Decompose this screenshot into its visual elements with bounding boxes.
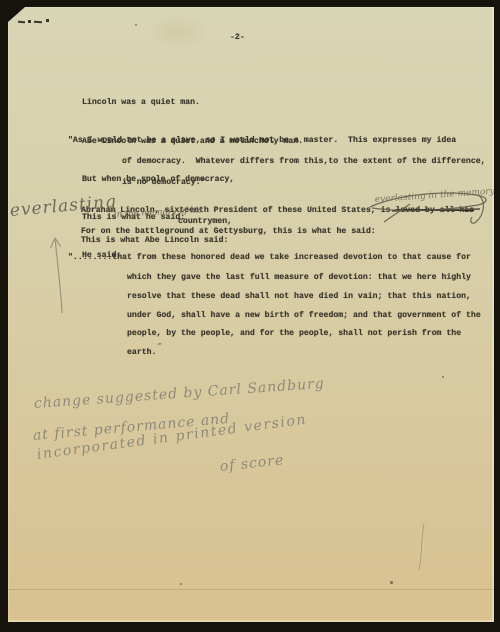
paper-crease [8,589,494,590]
typed-line: people, by the people, and for the peopl… [127,329,461,339]
typed-line: is no democracy." [122,178,206,188]
typed-line: which they gave the last full measure of… [127,273,471,283]
staple-marks [34,21,42,23]
typed-line: earth. [127,348,156,358]
typed-line: Lincoln was a quiet man. [82,97,303,110]
paper-sheet: -2- Lincoln was a quiet man. Abe Lincoln… [8,7,494,622]
staple-marks [18,21,25,24]
faint-pencil-mark [416,522,428,572]
paper-speck [442,376,444,378]
page-number: -2- [230,33,245,43]
scribble-crossout-annotation: everlasting in the memory [358,182,494,230]
typed-line: of democracy. Whatever differs from this… [122,157,486,167]
staple-marks [46,19,49,22]
paper-speck [180,583,182,585]
paper-speck [135,24,137,26]
scanned-manuscript-page: -2- Lincoln was a quiet man. Abe Lincoln… [0,0,500,632]
typed-line: This is what Abe Lincoln said: [81,236,228,246]
typed-line: "........that from these honored dead we… [68,253,471,263]
pencil-arrow-up-icon [48,231,74,319]
typed-line: "As I would not be a slave, so I would n… [68,136,456,146]
typed-line: under God, shall have a new birth of fre… [127,311,481,321]
handwritten-quote-mark: ″ [156,341,162,355]
paper-speck [390,581,393,584]
pencil-note-line: change suggested by Carl Sandburg [33,376,325,412]
pencil-note-line: of score [219,452,285,475]
typed-line: resolve that these dead shall not have d… [127,292,471,302]
crossed-out-text: everlasting in the memory [375,187,494,205]
paper-stain [148,15,208,49]
typed-line: countrymen, [178,217,232,227]
staple-marks [28,20,31,23]
